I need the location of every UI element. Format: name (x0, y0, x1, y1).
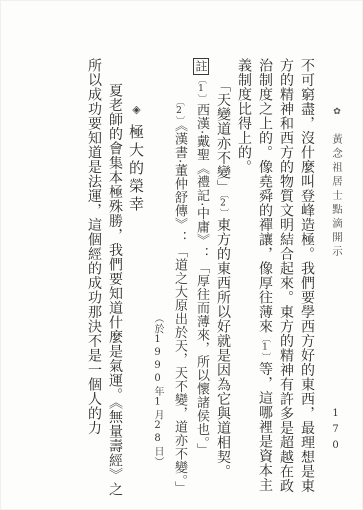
page-number: 170 (330, 408, 341, 456)
flower-ornament-icon: ✿ (332, 107, 342, 121)
body-paragraph: 不可窮盡，沒什麼叫登峰造極。我們要學西方好的東西，最理想是東方的精神和西方的物質… (233, 58, 317, 505)
section-title-text: 極大的榮幸 (127, 124, 145, 214)
footnote-text: 〔1〕西漢·戴聖《禮記·中庸》：「厚往而薄來，所以懷諸侯也。」 (194, 75, 209, 457)
footnote: 〔2〕《漢書·董仲舒傳》：「道之大原出於天，天不變，道亦不變。」 (168, 58, 190, 505)
body-paragraph: 夏老師的會集本極殊勝，我們要知道什麼是氣運。《無量壽經》之所以成功要知道是法運，… (83, 58, 125, 505)
dateline: （於1990年1月28日） (147, 58, 168, 505)
section-title: ◈極大的榮幸 (125, 58, 147, 505)
page-body: 不可窮盡，沒什麼叫登峰造極。我們要學西方好的東西，最理想是東方的精神和西方的物質… (31, 58, 317, 505)
book-title: 黃念祖居士點滴開示 (331, 133, 343, 259)
body-paragraph: 「天變道亦不變」〔2〕東方的東西所以好就是因為它與道相契。 (212, 58, 233, 505)
footnote: 註〔1〕西漢·戴聖《禮記·中庸》：「厚往而薄來，所以懷諸侯也。」 (190, 58, 212, 505)
note-label: 註 (193, 58, 209, 75)
book-page: ✿ 黃念祖居士點滴開示 170 不可窮盡，沒什麼叫登峰造極。我們要學西方好的東西… (0, 0, 363, 510)
running-head: ✿ 黃念祖居士點滴開示 (330, 107, 343, 259)
diamond-ornament-icon: ◈ (130, 103, 143, 119)
